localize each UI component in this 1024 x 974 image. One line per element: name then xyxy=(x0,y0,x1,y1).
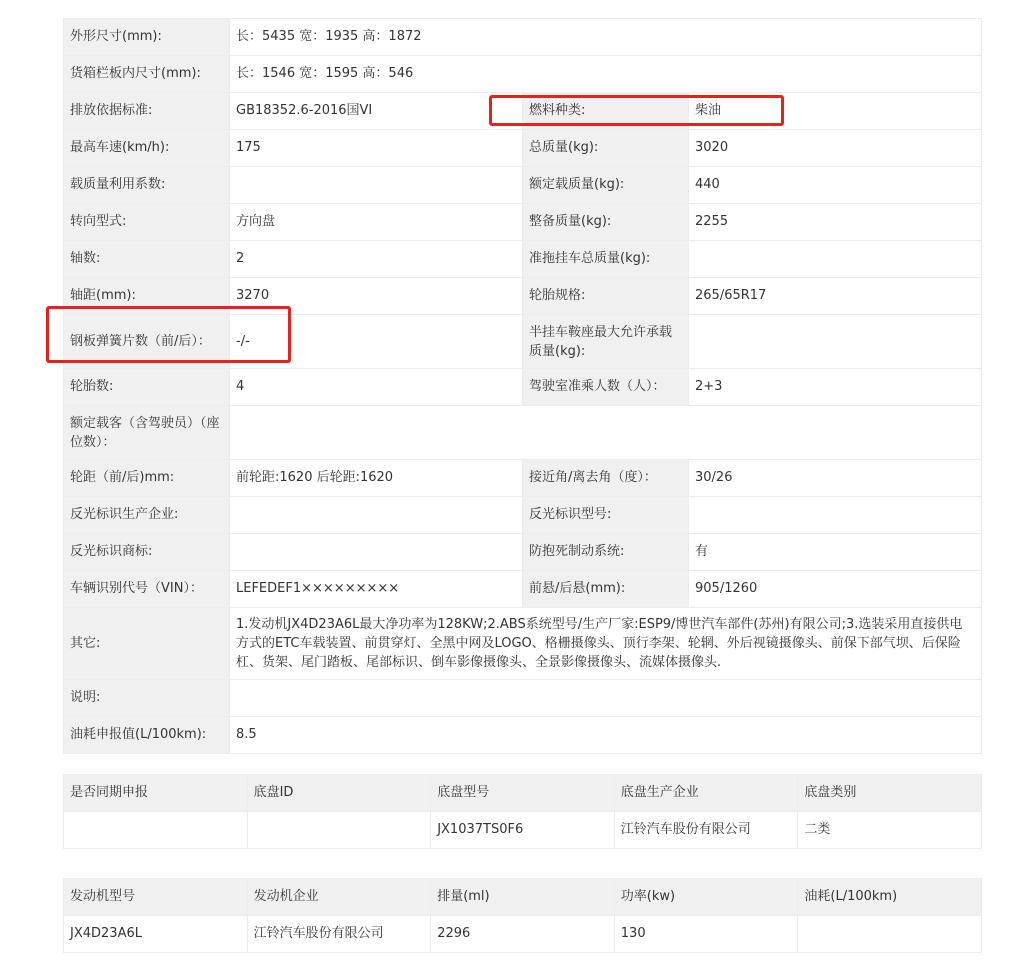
table-cell xyxy=(798,916,982,953)
spec-label: 接近角/离去角（度）： xyxy=(523,460,689,497)
table-row: JX1037TS0F6 江铃汽车股份有限公司 二类 xyxy=(64,812,982,849)
spec-label: 反光标识型号: xyxy=(523,497,689,534)
spec-label: 外形尺寸(mm): xyxy=(64,19,230,56)
spec-row-dimensions: 外形尺寸(mm): 长：5435 宽：1935 高：1872 xyxy=(64,19,982,56)
spec-value: GB18352.6-2016国VI xyxy=(230,93,523,130)
spec-label: 排放依据标准: xyxy=(64,93,230,130)
spec-row-leaf-springs: 钢板弹簧片数（前/后）： -/- 半挂车鞍座最大允许承载质量(kg): xyxy=(64,315,982,369)
spec-label-leaf-springs: 钢板弹簧片数（前/后）： xyxy=(64,315,230,369)
spec-value xyxy=(689,315,982,369)
spec-label: 反光标识商标: xyxy=(64,534,230,571)
spec-value xyxy=(689,497,982,534)
column-header: 底盘类别 xyxy=(798,775,982,812)
spec-label: 货箱栏板内尺寸(mm): xyxy=(64,56,230,93)
table-cell: 江铃汽车股份有限公司 xyxy=(247,916,431,953)
spec-label: 载质量利用系数: xyxy=(64,167,230,204)
spec-value: 方向盘 xyxy=(230,204,523,241)
spec-value: 3020 xyxy=(689,130,982,167)
spec-value: 2255 xyxy=(689,204,982,241)
spec-label: 前悬/后悬(mm): xyxy=(523,571,689,608)
spec-row-notes: 说明: xyxy=(64,680,982,717)
table-cell xyxy=(64,812,248,849)
spec-row-tires: 轮胎数: 4 驾驶室准乘人数（人）： 2+3 xyxy=(64,369,982,406)
spec-value: 前轮距:1620 后轮距:1620 xyxy=(230,460,523,497)
column-header: 发动机企业 xyxy=(247,879,431,916)
table-cell: 江铃汽车股份有限公司 xyxy=(614,812,798,849)
spec-value xyxy=(230,534,523,571)
spec-label: 总质量(kg): xyxy=(523,130,689,167)
table-cell: JX1037TS0F6 xyxy=(431,812,615,849)
column-header: 底盘型号 xyxy=(431,775,615,812)
spec-row-seating: 额定载客（含驾驶员）（座位数）： xyxy=(64,406,982,460)
spec-row-other: 其它: 1.发动机JX4D23A6L最大净功率为128KW;2.ABS系统型号/… xyxy=(64,608,982,680)
spec-label: 防抱死制动系统: xyxy=(523,534,689,571)
spec-label: 轮胎数: xyxy=(64,369,230,406)
spec-value-vin: LEFEDEF1××××××××× xyxy=(230,571,523,608)
spec-value-leaf-springs: -/- xyxy=(230,315,523,369)
spec-label: 最高车速(km/h): xyxy=(64,130,230,167)
vehicle-spec-table: 外形尺寸(mm): 长：5435 宽：1935 高：1872 货箱栏板内尺寸(m… xyxy=(63,18,982,754)
column-header: 是否同期申报 xyxy=(64,775,248,812)
table-cell: 二类 xyxy=(798,812,982,849)
spec-label: 车辆识别代号（VIN）： xyxy=(64,571,230,608)
spec-value: 有 xyxy=(689,534,982,571)
spec-row-vin: 车辆识别代号（VIN）： LEFEDEF1××××××××× 前悬/后悬(mm)… xyxy=(64,571,982,608)
spec-label: 其它: xyxy=(64,608,230,680)
table-header-row: 是否同期申报 底盘ID 底盘型号 底盘生产企业 底盘类别 xyxy=(64,775,982,812)
spec-row-axles: 轴数: 2 准拖挂车总质量(kg): xyxy=(64,241,982,278)
spec-value xyxy=(230,406,982,460)
table-row: JX4D23A6L 江铃汽车股份有限公司 2296 130 xyxy=(64,916,982,953)
spec-row-reflector-maker: 反光标识生产企业: 反光标识型号: xyxy=(64,497,982,534)
spec-label: 说明: xyxy=(64,680,230,717)
spec-row-steering: 转向型式: 方向盘 整备质量(kg): 2255 xyxy=(64,204,982,241)
column-header: 油耗(L/100km) xyxy=(798,879,982,916)
spec-row-wheelbase: 轴距(mm): 3270 轮胎规格: 265/65R17 xyxy=(64,278,982,315)
spec-label: 反光标识生产企业: xyxy=(64,497,230,534)
spec-row-reflector-brand: 反光标识商标: 防抱死制动系统: 有 xyxy=(64,534,982,571)
chassis-table: 是否同期申报 底盘ID 底盘型号 底盘生产企业 底盘类别 JX1037TS0F6… xyxy=(63,774,982,849)
table-cell xyxy=(247,812,431,849)
table-cell: 2296 xyxy=(431,916,615,953)
spec-row-emission-fuel: 排放依据标准: GB18352.6-2016国VI 燃料种类: 柴油 xyxy=(64,93,982,130)
spec-label: 轮距（前/后)mm: xyxy=(64,460,230,497)
column-header: 底盘ID xyxy=(247,775,431,812)
spec-label: 额定载客（含驾驶员）（座位数）： xyxy=(64,406,230,460)
column-header: 功率(kw) xyxy=(614,879,798,916)
spec-value: 440 xyxy=(689,167,982,204)
spec-label: 整备质量(kg): xyxy=(523,204,689,241)
spec-label: 驾驶室准乘人数（人）： xyxy=(523,369,689,406)
spec-value: 905/1260 xyxy=(689,571,982,608)
spec-row-speed-mass: 最高车速(km/h): 175 总质量(kg): 3020 xyxy=(64,130,982,167)
column-header: 发动机型号 xyxy=(64,879,248,916)
spec-value-fuel-type: 柴油 xyxy=(689,93,982,130)
spec-value: 2 xyxy=(230,241,523,278)
spec-row-fuel-consumption: 油耗申报值(L/100km): 8.5 xyxy=(64,717,982,754)
engine-table: 发动机型号 发动机企业 排量(ml) 功率(kw) 油耗(L/100km) JX… xyxy=(63,878,982,953)
spec-value: 长：1546 宽：1595 高：546 xyxy=(230,56,982,93)
spec-value: 3270 xyxy=(230,278,523,315)
spec-label: 额定载质量(kg): xyxy=(523,167,689,204)
spec-label: 轴距(mm): xyxy=(64,278,230,315)
spec-value-other: 1.发动机JX4D23A6L最大净功率为128KW;2.ABS系统型号/生产厂家… xyxy=(230,608,982,680)
spec-value: 30/26 xyxy=(689,460,982,497)
table-header-row: 发动机型号 发动机企业 排量(ml) 功率(kw) 油耗(L/100km) xyxy=(64,879,982,916)
spec-value xyxy=(689,241,982,278)
spec-value: 8.5 xyxy=(230,717,982,754)
spec-label: 油耗申报值(L/100km): xyxy=(64,717,230,754)
spec-value: 265/65R17 xyxy=(689,278,982,315)
spec-row-track: 轮距（前/后)mm: 前轮距:1620 后轮距:1620 接近角/离去角（度）：… xyxy=(64,460,982,497)
spec-value xyxy=(230,497,523,534)
spec-label-fuel-type: 燃料种类: xyxy=(523,93,689,130)
spec-value: 4 xyxy=(230,369,523,406)
spec-value xyxy=(230,167,523,204)
spec-label: 准拖挂车总质量(kg): xyxy=(523,241,689,278)
spec-value: 2+3 xyxy=(689,369,982,406)
spec-label: 轮胎规格: xyxy=(523,278,689,315)
spec-row-load: 载质量利用系数: 额定载质量(kg): 440 xyxy=(64,167,982,204)
table-cell: JX4D23A6L xyxy=(64,916,248,953)
column-header: 底盘生产企业 xyxy=(614,775,798,812)
spec-label: 半挂车鞍座最大允许承载质量(kg): xyxy=(523,315,689,369)
spec-value: 175 xyxy=(230,130,523,167)
table-cell: 130 xyxy=(614,916,798,953)
spec-row-cargo-dimensions: 货箱栏板内尺寸(mm): 长：1546 宽：1595 高：546 xyxy=(64,56,982,93)
spec-label: 转向型式: xyxy=(64,204,230,241)
spec-value xyxy=(230,680,982,717)
spec-label: 轴数: xyxy=(64,241,230,278)
column-header: 排量(ml) xyxy=(431,879,615,916)
spec-value: 长：5435 宽：1935 高：1872 xyxy=(230,19,982,56)
